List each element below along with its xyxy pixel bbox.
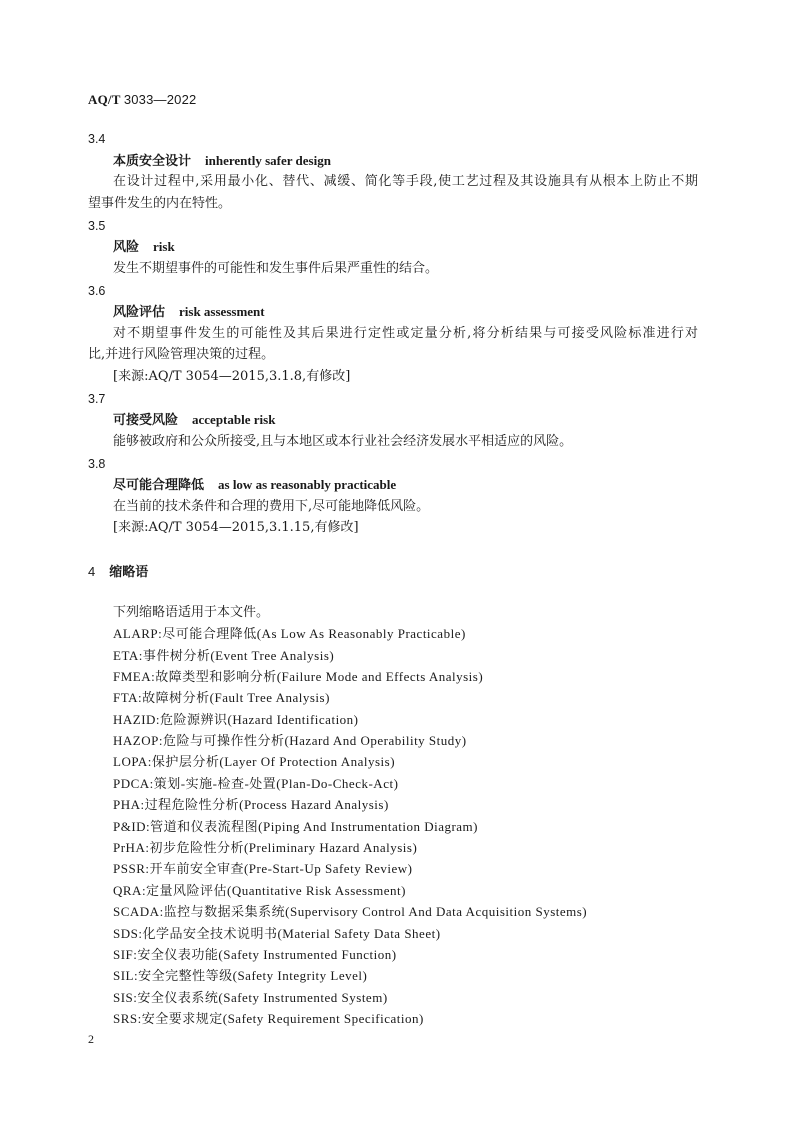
term-zh: 尽可能合理降低 (113, 478, 204, 493)
section-intro: 下列缩略语适用于本文件。 (113, 604, 269, 622)
abbreviation-item: SRS:安全要求规定(Safety Requirement Specificat… (113, 1010, 424, 1028)
abbreviation-item: SIL:安全完整性等级(Safety Integrity Level) (113, 967, 367, 985)
abbreviation-item: HAZID:危险源辨识(Hazard Identification) (113, 711, 359, 729)
term-zh: 可接受风险 (113, 413, 178, 428)
definition-line: 在当前的技术条件和合理的费用下,尽可能地降低风险。 (113, 498, 429, 516)
standard-code: AQ/T (88, 92, 120, 107)
source-note: [来源:AQ/T 3054—2015,3.1.8,有修改] (113, 368, 350, 386)
term-heading: 风险评估risk assessment (113, 303, 265, 322)
abbreviation-item: PDCA:策划-实施-检查-处置(Plan-Do-Check-Act) (113, 775, 398, 793)
source-note: [来源:AQ/T 3054—2015,3.1.15,有修改] (113, 519, 359, 537)
clause-number: 3.4 (88, 130, 105, 148)
definition-line: 发生不期望事件的可能性和发生事件后果严重性的结合。 (113, 260, 438, 278)
abbreviation-item: PHA:过程危险性分析(Process Hazard Analysis) (113, 796, 389, 814)
abbreviation-item: SIF:安全仪表功能(Safety Instrumented Function) (113, 946, 397, 964)
term-heading: 尽可能合理降低as low as reasonably practicable (113, 476, 396, 495)
term-heading: 本质安全设计inherently safer design (113, 152, 331, 171)
abbreviation-item: SCADA:监控与数据采集系统(Supervisory Control And … (113, 903, 587, 921)
term-zh: 风险评估 (113, 305, 165, 320)
abbreviation-item: P&ID:管道和仪表流程图(Piping And Instrumentation… (113, 818, 478, 836)
section-number: 4 (88, 564, 95, 579)
term-en: risk assessment (179, 304, 265, 319)
abbreviation-item: HAZOP:危险与可操作性分析(Hazard And Operability S… (113, 732, 467, 750)
abbreviation-item: PSSR:开车前安全审查(Pre-Start-Up Safety Review) (113, 860, 412, 878)
section-heading: 4缩略语 (88, 563, 148, 581)
abbreviation-item: FMEA:故障类型和影响分析(Failure Mode and Effects … (113, 668, 483, 686)
clause-number: 3.6 (88, 282, 105, 300)
abbreviation-item: SDS:化学品安全技术说明书(Material Safety Data Shee… (113, 925, 441, 943)
page-number: 2 (88, 1032, 94, 1047)
abbreviation-item: SIS:安全仪表系统(Safety Instrumented System) (113, 989, 388, 1007)
abbreviation-item: PrHA:初步危险性分析(Preliminary Hazard Analysis… (113, 839, 417, 857)
abbreviation-item: ALARP:尽可能合理降低(As Low As Reasonably Pract… (113, 625, 466, 643)
term-heading: 风险risk (113, 238, 175, 257)
term-en: inherently safer design (205, 153, 331, 168)
abbreviation-item: LOPA:保护层分析(Layer Of Protection Analysis) (113, 753, 395, 771)
term-en: as low as reasonably practicable (218, 477, 396, 492)
abbreviation-item: ETA:事件树分析(Event Tree Analysis) (113, 647, 334, 665)
standard-header: AQ/T 3033—2022 (88, 92, 196, 108)
term-heading: 可接受风险acceptable risk (113, 411, 275, 430)
section-title: 缩略语 (109, 564, 148, 579)
term-en: risk (153, 239, 175, 254)
term-zh: 风险 (113, 240, 139, 255)
clause-number: 3.7 (88, 390, 105, 408)
definition-line: 望事件发生的内在特性。 (88, 195, 231, 213)
standard-number: 3033—2022 (124, 92, 197, 107)
definition-line: 在设计过程中,采用最小化、替代、减缓、简化等手段,使工艺过程及其设施具有从根本上… (113, 173, 698, 191)
definition-line: 对不期望事件发生的可能性及其后果进行定性或定量分析,将分析结果与可接受风险标准进… (113, 325, 698, 343)
definition-line: 能够被政府和公众所接受,且与本地区或本行业社会经济发展水平相适应的风险。 (113, 433, 572, 451)
abbreviation-item: QRA:定量风险评估(Quantitative Risk Assessment) (113, 882, 406, 900)
term-zh: 本质安全设计 (113, 154, 191, 169)
clause-number: 3.5 (88, 217, 105, 235)
definition-line: 比,并进行风险管理决策的过程。 (88, 346, 274, 364)
clause-number: 3.8 (88, 455, 105, 473)
term-en: acceptable risk (192, 412, 275, 427)
abbreviation-item: FTA:故障树分析(Fault Tree Analysis) (113, 689, 330, 707)
